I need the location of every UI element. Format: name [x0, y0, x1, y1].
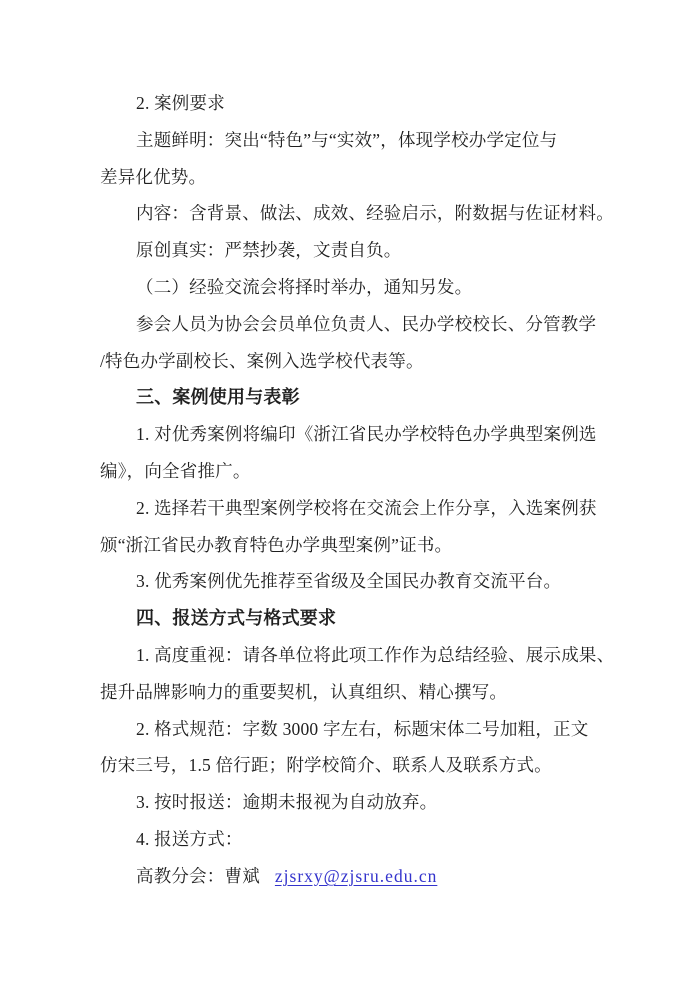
text-line: 3. 按时报送：逾期未报视为自动放弃。 — [100, 784, 603, 821]
contact-label: 高教分会：曹斌 — [136, 866, 260, 886]
text-line: 1. 高度重视：请各单位将此项工作作为总结经验、展示成果、 — [100, 637, 603, 674]
text-line: （二）经验交流会将择时举办，通知另发。 — [100, 269, 603, 306]
paragraph: 原创真实：严禁抄袭，文责自负。 — [100, 232, 603, 269]
text-line: 颁“浙江省民办教育特色办学典型案例”证书。 — [100, 527, 603, 564]
heading-line: 三、案例使用与表彰 — [100, 379, 603, 416]
text-line: 4. 报送方式： — [100, 821, 603, 858]
heading-line: 四、报送方式与格式要求 — [100, 600, 603, 637]
text-line: 3. 优秀案例优先推荐至省级及全国民办教育交流平台。 — [100, 563, 603, 600]
section-heading: 三、案例使用与表彰 — [100, 379, 603, 416]
text-line: 编》，向全省推广。 — [100, 453, 603, 490]
contact-line: 高教分会：曹斌zjsrxy@zjsru.edu.cn — [100, 858, 603, 895]
paragraph: 内容：含背景、做法、成效、经验启示，附数据与佐证材料。 — [100, 195, 603, 232]
text-line: 2. 格式规范：字数 3000 字左右，标题宋体二号加粗，正文 — [100, 711, 603, 748]
text-line: 提升品牌影响力的重要契机，认真组织、精心撰写。 — [100, 674, 603, 711]
paragraph: 2. 案例要求 — [100, 85, 603, 122]
paragraph: 参会人员为协会会员单位负责人、民办学校校长、分管教学/特色办学副校长、案例入选学… — [100, 306, 603, 380]
text-line: 2. 案例要求 — [100, 85, 603, 122]
paragraph: 主题鲜明：突出“特色”与“实效”，体现学校办学定位与差异化优势。 — [100, 122, 603, 196]
text-line: 内容：含背景、做法、成效、经验启示，附数据与佐证材料。 — [100, 195, 603, 232]
text-line: /特色办学副校长、案例入选学校代表等。 — [100, 343, 603, 380]
text-line: 参会人员为协会会员单位负责人、民办学校校长、分管教学 — [100, 306, 603, 343]
paragraph: （二）经验交流会将择时举办，通知另发。 — [100, 269, 603, 306]
paragraph: 3. 按时报送：逾期未报视为自动放弃。 — [100, 784, 603, 821]
paragraph: 3. 优秀案例优先推荐至省级及全国民办教育交流平台。 — [100, 563, 603, 600]
paragraph: 1. 对优秀案例将编印《浙江省民办学校特色办学典型案例选编》，向全省推广。 — [100, 416, 603, 490]
text-line: 仿宋三号，1.5 倍行距；附学校简介、联系人及联系方式。 — [100, 747, 603, 784]
paragraph: 高教分会：曹斌zjsrxy@zjsru.edu.cn — [100, 858, 603, 895]
paragraph: 4. 报送方式： — [100, 821, 603, 858]
text-line: 1. 对优秀案例将编印《浙江省民办学校特色办学典型案例选 — [100, 416, 603, 453]
document-page: 2. 案例要求主题鲜明：突出“特色”与“实效”，体现学校办学定位与差异化优势。内… — [0, 0, 700, 989]
text-line: 差异化优势。 — [100, 159, 603, 196]
text-line: 2. 选择若干典型案例学校将在交流会上作分享，入选案例获 — [100, 490, 603, 527]
paragraph: 2. 选择若干典型案例学校将在交流会上作分享，入选案例获颁“浙江省民办教育特色办… — [100, 490, 603, 564]
section-heading: 四、报送方式与格式要求 — [100, 600, 603, 637]
email-link[interactable]: zjsrxy@zjsru.edu.cn — [275, 866, 437, 886]
text-line: 主题鲜明：突出“特色”与“实效”，体现学校办学定位与 — [100, 122, 603, 159]
paragraph: 2. 格式规范：字数 3000 字左右，标题宋体二号加粗，正文仿宋三号，1.5 … — [100, 711, 603, 785]
text-line: 原创真实：严禁抄袭，文责自负。 — [100, 232, 603, 269]
paragraph: 1. 高度重视：请各单位将此项工作作为总结经验、展示成果、提升品牌影响力的重要契… — [100, 637, 603, 711]
document-body: 2. 案例要求主题鲜明：突出“特色”与“实效”，体现学校办学定位与差异化优势。内… — [100, 85, 603, 895]
